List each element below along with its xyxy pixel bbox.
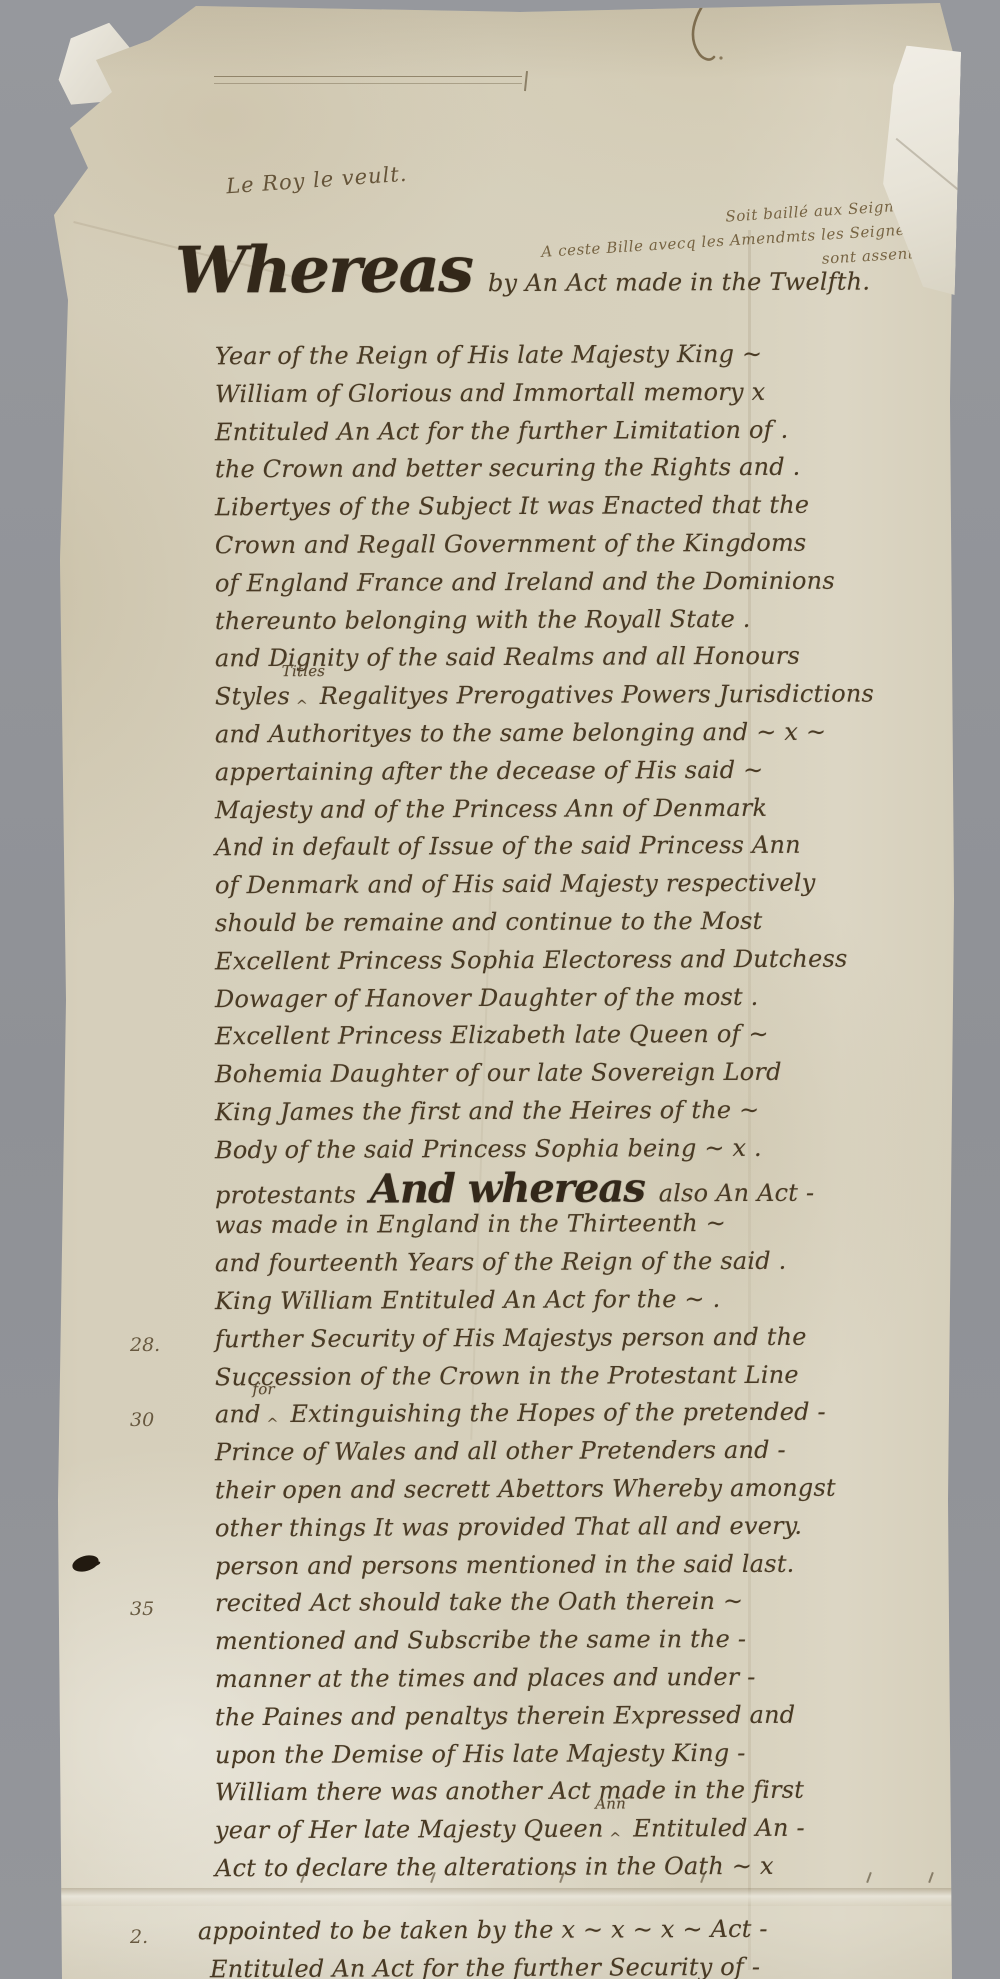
manuscript-line: Majesty and of the Princess Ann of Denma… xyxy=(215,793,767,823)
manuscript-line: William of Glorious and Immortall memory… xyxy=(215,378,765,408)
manuscript-line: Crown and Regall Government of the Kingd… xyxy=(215,529,807,560)
manuscript-line: and for^ Extinguishing the Hopes of the … xyxy=(215,1398,826,1429)
line-text: mentioned and Subscribe the same in the … xyxy=(215,1625,746,1655)
line-text: Body of the said Princess Sophia being ~… xyxy=(215,1134,762,1164)
line-text: was made in England in the Thirteenth ~ xyxy=(215,1209,726,1239)
manuscript-line: and fourteenth Years of the Reign of the… xyxy=(215,1247,787,1277)
line-text: Entituled An - xyxy=(633,1814,805,1843)
manuscript-line: Whereas by An Act made in the Twelfth. xyxy=(175,242,870,298)
line-text: Succession of the Crown in the Protestan… xyxy=(215,1360,799,1391)
line-text: of Denmark and of His said Majesty respe… xyxy=(215,869,816,900)
manuscript-line: And in default of Issue of the said Prin… xyxy=(215,831,801,862)
manuscript-line: protestants And whereas also An Act - xyxy=(215,1171,814,1209)
manuscript-line: Entituled An Act for the further Limitat… xyxy=(215,415,788,446)
manuscript-line: and Authorityes to the same belonging an… xyxy=(215,718,826,749)
manuscript-line: should be remaine and continue to the Mo… xyxy=(215,907,763,937)
line-text: other things It was provided That all an… xyxy=(215,1512,802,1543)
manuscript-line: thereunto belonging with the Royall Stat… xyxy=(215,604,751,634)
line-text: Entituled An Act for the further Limitat… xyxy=(215,415,788,446)
manuscript-line: Succession of the Crown in the Protestan… xyxy=(215,1360,799,1391)
margin-number: 28. xyxy=(130,1334,160,1356)
interlinear-insertion: Titles^ xyxy=(298,694,312,704)
manuscript-line: further Security of His Majestys person … xyxy=(215,1323,807,1354)
margin-number: 2. xyxy=(130,1926,148,1948)
manuscript-line: Styles Titles^ Regalityes Prerogatives P… xyxy=(215,680,874,711)
manuscript-line: Prince of Wales and all other Pretenders… xyxy=(215,1436,786,1466)
line-text: of England France and Ireland and the Do… xyxy=(215,566,835,597)
manuscript-line: Body of the said Princess Sophia being ~… xyxy=(215,1134,762,1164)
interlinear-insertion: for^ xyxy=(269,1412,283,1422)
margin-number: 30 xyxy=(130,1409,154,1431)
manuscript-line: the Paines and penaltys therein Expresse… xyxy=(215,1701,795,1732)
line-text: King James the first and the Heires of t… xyxy=(215,1096,759,1126)
manuscript-line: Excellent Princess Sophia Electoress and… xyxy=(215,944,848,975)
manuscript-line: Libertyes of the Subject It was Enacted … xyxy=(215,491,809,522)
engrossed-word: Whereas xyxy=(175,232,472,308)
manuscript-line: appointed to be taken by the x ~ x ~ x ~… xyxy=(198,1915,768,1945)
manuscript-line: other things It was provided That all an… xyxy=(215,1512,802,1543)
manuscript-line: Act to declare the alterations in the Oa… xyxy=(215,1852,774,1882)
manuscript-line: of Denmark and of His said Majesty respe… xyxy=(215,869,816,900)
line-text: Prince of Wales and all other Pretenders… xyxy=(215,1436,786,1466)
line-text: And in default of Issue of the said Prin… xyxy=(215,831,801,862)
line-text: Act to declare the alterations in the Oa… xyxy=(215,1852,774,1882)
line-text: King William Entituled An Act for the ~ … xyxy=(215,1285,720,1315)
line-text: Regalityes Prerogatives Powers Jurisdict… xyxy=(320,680,874,710)
line-text: Entituled An Act for the further Securit… xyxy=(210,1953,760,1979)
text-layer: Le Roy le veult. Soit baillé aux Seigneu… xyxy=(0,0,1000,1979)
line-text: appointed to be taken by the x ~ x ~ x ~… xyxy=(198,1915,768,1945)
line-text: Excellent Princess Elizabeth late Queen … xyxy=(215,1020,769,1050)
manuscript-line: mentioned and Subscribe the same in the … xyxy=(215,1625,746,1655)
manuscript-line: Year of the Reign of His late Majesty Ki… xyxy=(215,340,762,370)
line-text: Libertyes of the Subject It was Enacted … xyxy=(215,491,809,522)
line-text: upon the Demise of His late Majesty King… xyxy=(215,1738,746,1768)
line-text: William of Glorious and Immortall memory… xyxy=(215,378,765,408)
line-text: Excellent Princess Sophia Electoress and… xyxy=(215,944,848,975)
line-text: Bohemia Daughter of our late Sovereign L… xyxy=(215,1058,782,1088)
line-text: also An Act - xyxy=(659,1178,815,1207)
line-text: Majesty and of the Princess Ann of Denma… xyxy=(215,793,767,823)
manuscript-line: Excellent Princess Elizabeth late Queen … xyxy=(215,1020,769,1050)
manuscript-line: Dowager of Hanover Daughter of the most … xyxy=(215,982,759,1012)
line-text: recited Act should take the Oath therein… xyxy=(215,1587,743,1617)
line-text: and fourteenth Years of the Reign of the… xyxy=(215,1247,787,1277)
line-text: appertaining after the decease of His sa… xyxy=(215,756,764,786)
line-text: and Authorityes to the same belonging an… xyxy=(215,718,826,749)
line-text: thereunto belonging with the Royall Stat… xyxy=(215,604,751,634)
line-text: Styles xyxy=(215,682,290,710)
manuscript-line: King William Entituled An Act for the ~ … xyxy=(215,1285,720,1315)
engrossed-word: And whereas xyxy=(370,1164,645,1212)
line-text: the Crown and better securing the Rights… xyxy=(215,453,801,484)
margin-number: 35 xyxy=(130,1598,154,1620)
line-text: Year of the Reign of His late Majesty Ki… xyxy=(215,340,762,370)
backing-sheet-fold-line xyxy=(896,138,966,196)
manuscript-photo: { "manuscript": { "royal_assent": "Le Ro… xyxy=(0,0,1000,1979)
line-text: protestants xyxy=(215,1180,356,1209)
manuscript-line: person and persons mentioned in the said… xyxy=(215,1549,795,1580)
line-text: Crown and Regall Government of the Kingd… xyxy=(215,529,807,560)
royal-assent-note: Le Roy le veult. xyxy=(225,162,408,199)
line-text: their open and secrett Abettors Whereby … xyxy=(215,1474,836,1505)
line-text: William there was another Act made in th… xyxy=(215,1776,804,1807)
line-text: by An Act made in the Twelfth. xyxy=(488,267,870,297)
manuscript-line: their open and secrett Abettors Whereby … xyxy=(215,1474,836,1505)
manuscript-line: of England France and Ireland and the Do… xyxy=(215,566,835,597)
manuscript-line: year of Her late Majesty Queen Ann^ Enti… xyxy=(215,1814,805,1845)
manuscript-line: upon the Demise of His late Majesty King… xyxy=(215,1738,746,1768)
manuscript-line: recited Act should take the Oath therein… xyxy=(215,1587,743,1617)
line-text: and xyxy=(215,1401,261,1429)
manuscript-line: was made in England in the Thirteenth ~ xyxy=(215,1209,726,1239)
line-text: year of Her late Majesty Queen xyxy=(215,1815,604,1845)
manuscript-line: manner at the times and places and under… xyxy=(215,1663,756,1693)
line-text: should be remaine and continue to the Mo… xyxy=(215,907,763,937)
manuscript-line: the Crown and better securing the Rights… xyxy=(215,453,801,484)
line-text: the Paines and penaltys therein Expresse… xyxy=(215,1701,795,1732)
parchment: Le Roy le veult. Soit baillé aux Seigneu… xyxy=(0,0,1000,1979)
line-text: manner at the times and places and under… xyxy=(215,1663,756,1693)
manuscript-line: Entituled An Act for the further Securit… xyxy=(210,1953,760,1979)
manuscript-line: Bohemia Daughter of our late Sovereign L… xyxy=(215,1058,782,1088)
line-text: Extinguishing the Hopes of the pretended… xyxy=(290,1398,825,1428)
interlinear-insertion: Ann^ xyxy=(611,1827,625,1837)
manuscript-line: appertaining after the decease of His sa… xyxy=(215,756,764,786)
manuscript-line: William there was another Act made in th… xyxy=(215,1776,804,1807)
line-text: person and persons mentioned in the said… xyxy=(215,1549,795,1580)
manuscript-line: King James the first and the Heires of t… xyxy=(215,1096,759,1126)
line-text: further Security of His Majestys person … xyxy=(215,1323,807,1354)
line-text: Dowager of Hanover Daughter of the most … xyxy=(215,982,759,1012)
